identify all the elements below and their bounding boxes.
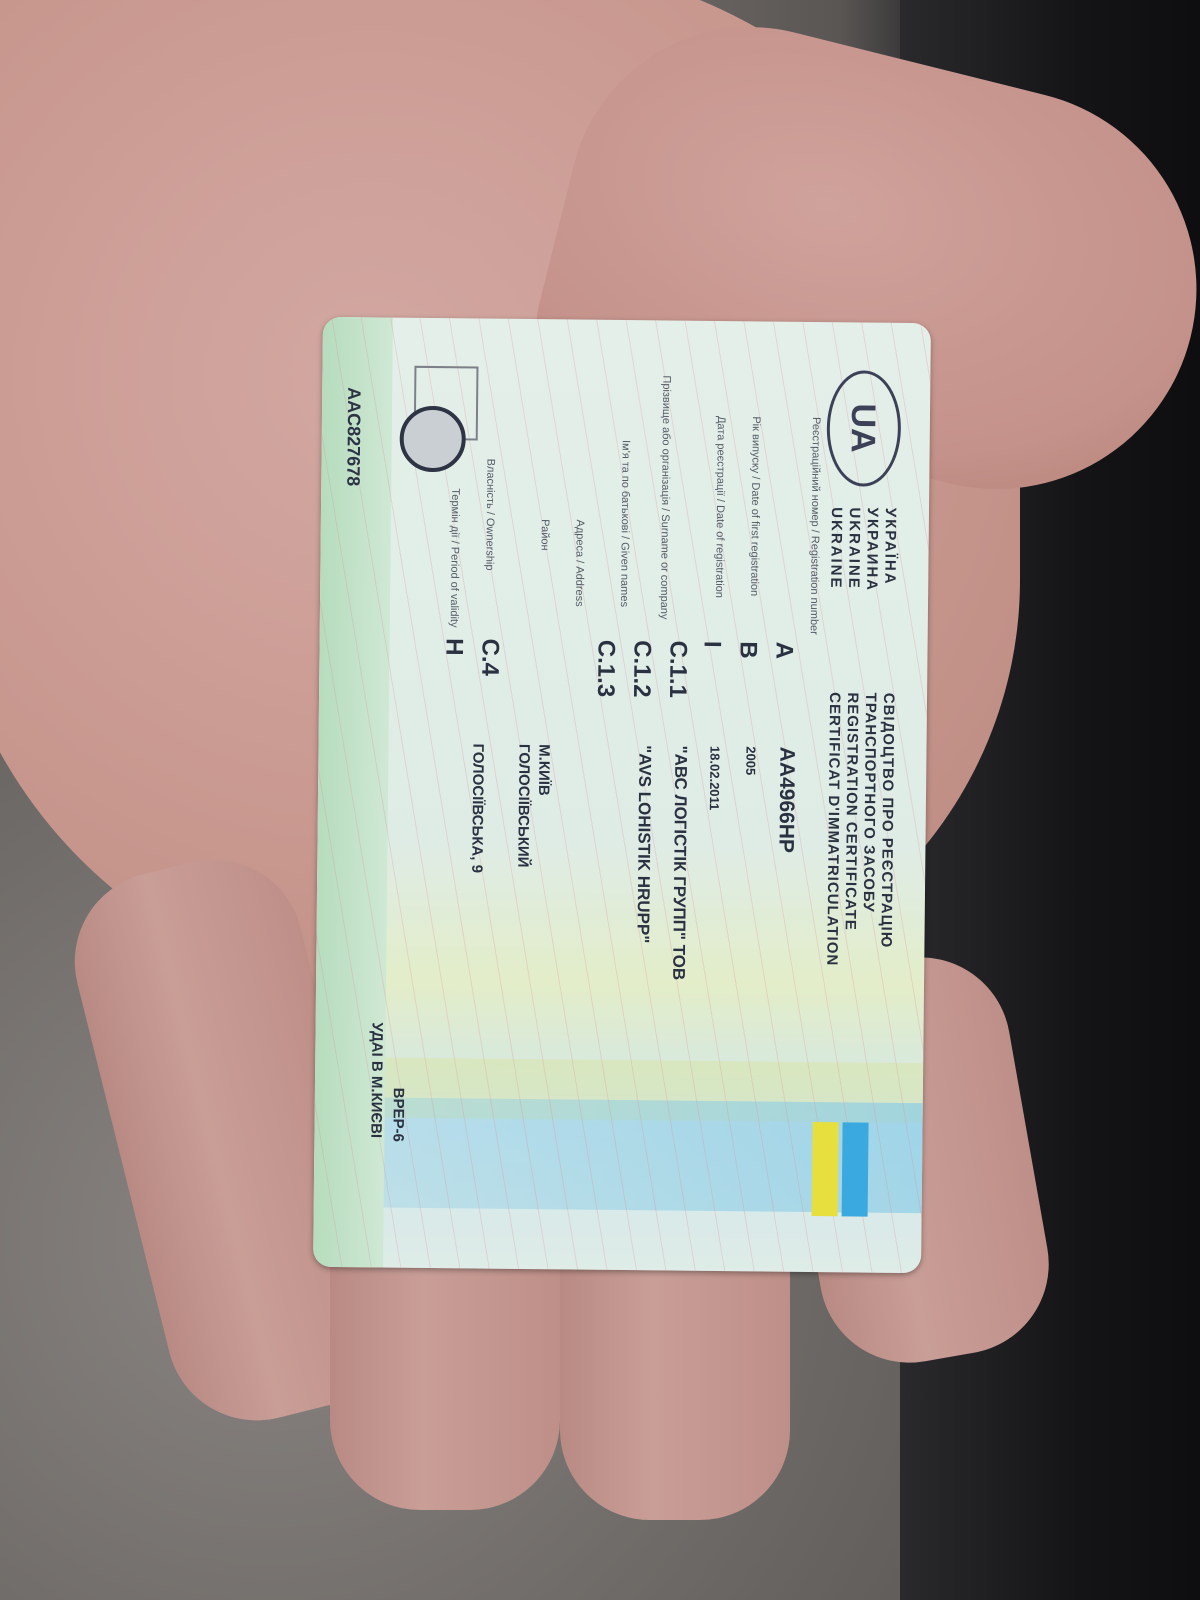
certificate-title: REGISTRATION CERTIFICATE — [842, 692, 861, 931]
registration-number: AA4966HP — [773, 747, 798, 853]
issuer-line: УДАІ В М.КИЄВІ — [367, 1022, 385, 1138]
field-label: Ім'я та по батькові / Given names — [618, 440, 632, 607]
country-line: УКРАИНА — [863, 508, 881, 593]
field-code: C.1.2 — [627, 640, 656, 698]
field-label: Термін дії / Period of validity — [448, 488, 461, 627]
field-code: I — [698, 641, 726, 648]
field-code: C.1.1 — [663, 640, 692, 698]
issuer-line: ВРЕР-6 — [389, 1088, 407, 1142]
field-code: C.1.3 — [591, 640, 620, 698]
field-code: A — [769, 642, 797, 660]
ukraine-flag-icon — [812, 1122, 869, 1217]
field-label: Власність / Ownership — [483, 459, 496, 571]
registration-certificate-card: UA УКРАЇНА УКРАИНА UKRAINE UKRAINE СВІДО… — [313, 317, 931, 1273]
field-label: Район — [539, 519, 551, 551]
year-value: 2005 — [743, 746, 758, 775]
field-code: C.4 — [475, 638, 503, 676]
address-district: ГОЛОСІЇВСЬКИЙ — [514, 744, 532, 868]
field-label: Прізвище або організація / Surname or co… — [658, 375, 673, 619]
certificate-title: СВІДОЦТВО ПРО РЕЄСТРАЦІЮ — [877, 693, 897, 949]
field-label: Реєстраційний номер / Registration numbe… — [808, 417, 822, 635]
country-line: UKRAINE — [845, 507, 863, 590]
seal-icon — [399, 406, 466, 473]
field-code: H — [439, 638, 467, 656]
country-line: UKRAINE — [827, 507, 845, 590]
certificate-title: ТРАНСПОРТНОГО ЗАСОБУ — [860, 693, 879, 913]
address-city: М.КИЇВ — [535, 744, 553, 796]
field-label: Дата реєстрації / Date of registration — [713, 416, 727, 598]
field-code: B — [733, 641, 761, 659]
owner-name: "АВС ЛОГІСТІК ГРУПП" ТОВ — [668, 746, 690, 981]
address-street: ГОЛОСІЇВСЬКА, 9 — [468, 743, 486, 873]
country-line: УКРАЇНА — [881, 508, 899, 586]
certificate-title: CERTIFICAT D'IMMATRICULATION — [823, 692, 843, 966]
serial-number: AAC827678 — [342, 387, 364, 486]
owner-name-latin: "AVS LOHISTIK HRUPP" — [632, 745, 654, 943]
field-label: Адреса / Address — [573, 519, 586, 606]
registration-date: 18.02.2011 — [707, 746, 723, 811]
field-label: Рік випуску / Date of first registration — [748, 416, 762, 596]
